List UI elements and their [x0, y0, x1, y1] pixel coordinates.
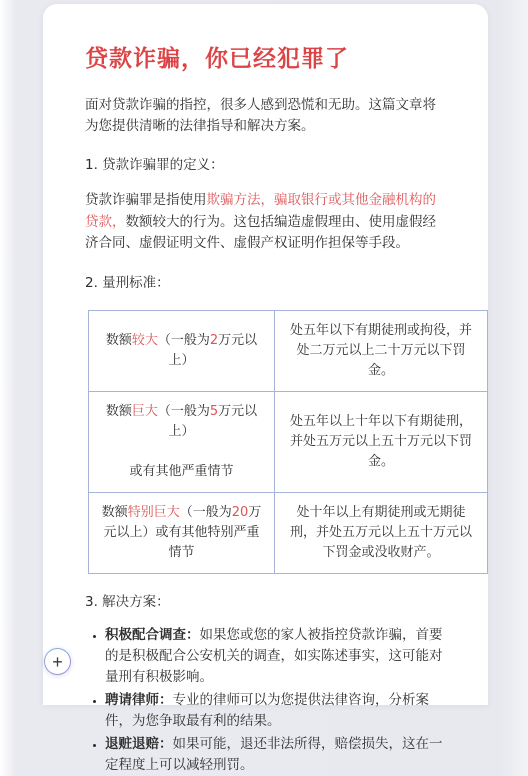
table-row: 数额较大（一般为2万元以上） 处五年以下有期徒刑或拘役，并处二万元以上二十万元以… — [89, 310, 488, 391]
condition-extra: 或有其他严重情节 — [99, 462, 264, 482]
condition-amount: 20 — [232, 505, 249, 520]
condition-text: 数额 — [102, 505, 128, 520]
section-heading-definition: 1. 贷款诈骗罪的定义： — [85, 155, 446, 176]
penalty-cell: 处五年以下有期徒刑或拘役，并处二万元以上二十万元以下罚金。 — [275, 310, 488, 391]
penalty-cell: 处十年以上有期徒刑或无期徒刑，并处五万元以上五十万元以下罚金或没收财产。 — [275, 492, 488, 573]
definition-paragraph: 贷款诈骗罪是指使用欺骗方法，骗取银行或其他金融机构的贷款，数额较大的行为。这包括… — [85, 190, 446, 255]
sentencing-table: 数额较大（一般为2万元以上） 处五年以下有期徒刑或拘役，并处二万元以上二十万元以… — [88, 310, 488, 574]
section-heading-sentencing: 2. 量刑标准： — [85, 273, 446, 294]
solution-label: 积极配合调查： — [105, 627, 200, 643]
condition-cell: 数额较大（一般为2万元以上） — [89, 310, 275, 391]
solutions-list: 积极配合调查：如果您或您的家人被指控贷款诈骗，首要的是积极配合公安机关的调查，如… — [85, 625, 446, 706]
table-row: 数额特别巨大（一般为20万元以上）或有其他特别严重情节 处十年以上有期徒刑或无期… — [89, 492, 488, 573]
list-item: 积极配合调查：如果您或您的家人被指控贷款诈骗，首要的是积极配合公安机关的调查，如… — [105, 625, 446, 688]
list-item: 聘请律师：专业的律师可以为您提供法律咨询，分析案件，为您争取最有利的结果。 — [105, 690, 446, 706]
definition-text-normal: 数额较大的行为。这包括编造虚假理由、使用虚假经济合同、虚假证明文件、虚假产权证明… — [85, 214, 436, 252]
page-title: 贷款诈骗，你已经犯罪了 — [85, 45, 446, 74]
table-row: 数额巨大（一般为5万元以上） 或有其他严重情节 处五年以上十年以下有期徒刑，并处… — [89, 391, 488, 492]
condition-text: （一般为 — [158, 404, 210, 419]
condition-text: 数额 — [106, 333, 132, 348]
condition-amount: 2 — [210, 333, 218, 348]
condition-main: 数额巨大（一般为5万元以上） — [99, 402, 264, 442]
definition-text-normal: 贷款诈骗罪是指使用 — [85, 192, 207, 208]
add-button[interactable]: + — [44, 648, 71, 675]
section-heading-solutions: 3. 解决方案： — [85, 592, 446, 613]
condition-highlight: 较大 — [132, 333, 158, 348]
condition-highlight: 巨大 — [132, 404, 158, 419]
condition-highlight: 特别巨大 — [128, 505, 180, 520]
solution-label: 聘请律师： — [105, 692, 173, 706]
condition-text: （一般为 — [180, 505, 232, 520]
condition-text: 数额 — [106, 404, 132, 419]
condition-cell: 数额巨大（一般为5万元以上） 或有其他严重情节 — [89, 391, 275, 492]
article-card: 贷款诈骗，你已经犯罪了 面对贷款诈骗的指控，很多人感到恐慌和无助。这篇文章将为您… — [43, 4, 488, 705]
intro-paragraph: 面对贷款诈骗的指控，很多人感到恐慌和无助。这篇文章将为您提供清晰的法律指导和解决… — [85, 95, 446, 137]
penalty-cell: 处五年以上十年以下有期徒刑，并处五万元以上五十万元以下罚金。 — [275, 391, 488, 492]
condition-text: （一般为 — [158, 333, 210, 348]
plus-icon: + — [52, 653, 63, 671]
condition-cell: 数额特别巨大（一般为20万元以上）或有其他特别严重情节 — [89, 492, 275, 573]
condition-amount: 5 — [210, 404, 218, 419]
